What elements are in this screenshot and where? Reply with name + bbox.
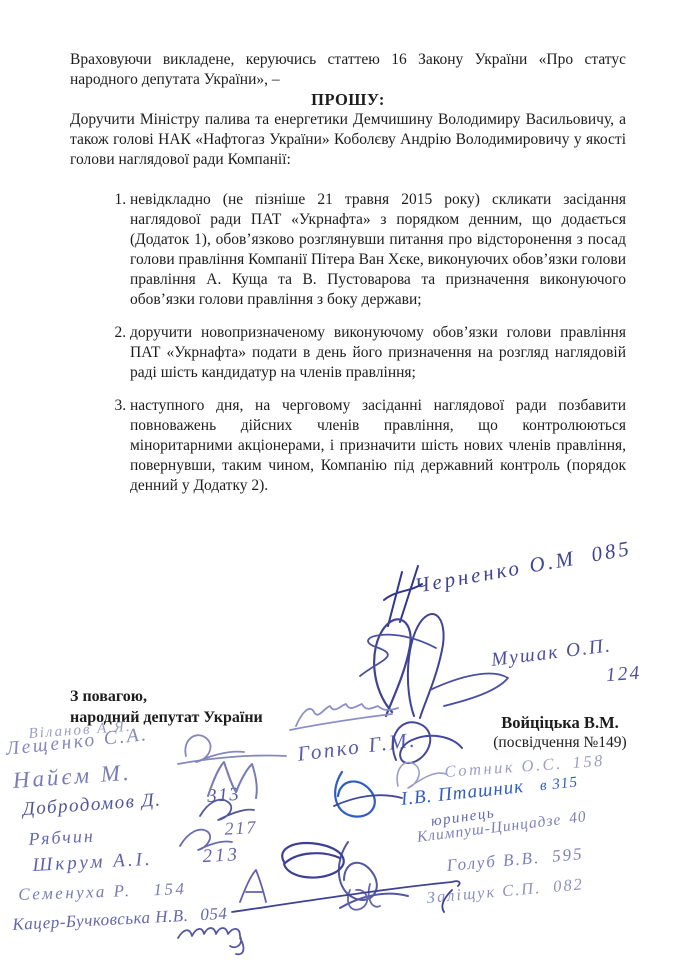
signer-block: Войціцька В.М. (посвідчення №149) <box>462 712 658 753</box>
document-body: Враховуючи викладене, керуючись статтею … <box>70 50 626 496</box>
request-list: невідкладно (не пізніше 21 травня 2015 р… <box>70 190 626 496</box>
signature-flourish <box>232 881 460 912</box>
intro-paragraph: Враховуючи викладене, керуючись статтею … <box>70 50 626 90</box>
signature-naiem: Найєм М. <box>12 760 133 794</box>
signature-flourish <box>240 870 266 902</box>
request-heading: ПРОШУ: <box>70 90 626 110</box>
signature-semenukha: Семенуха Р.154 <box>18 879 187 905</box>
request-item-2: доручити новопризначеному виконуючому об… <box>130 323 626 383</box>
signature-flourish <box>339 842 408 908</box>
signature-flourish <box>374 619 410 716</box>
signature-flourish <box>334 795 402 806</box>
signature-flourish <box>335 772 375 817</box>
scanned-document-page: Враховуючи викладене, керуючись статтею … <box>0 0 678 960</box>
instruction-paragraph: Доручити Міністру палива та енергетики Д… <box>70 110 626 170</box>
signer-name: Войціцька В.М. <box>462 712 658 733</box>
closing-respect: З повагою, <box>70 686 263 707</box>
signature-flourish <box>290 704 398 730</box>
signature-flourish <box>360 635 508 706</box>
signer-credential: (посвідчення №149) <box>462 733 658 753</box>
signature-zalishchuk: Заліщук С.П.082 <box>426 874 585 908</box>
request-item-3: наступного дня, на черговому засіданні н… <box>130 396 626 496</box>
signature-katser-buchkovska: Кацер-Бучковська Н.В.054 <box>12 904 228 935</box>
signature-flourish <box>408 614 444 718</box>
signature-mushak: Мушак О.П.124 <box>490 635 613 672</box>
signature-hopko: Гопко Г.М. <box>296 727 418 766</box>
signature-flourish <box>348 884 380 910</box>
signature-holub: Голуб В.В.595 <box>446 844 584 876</box>
request-item-1: невідкладно (не пізніше 21 травня 2015 р… <box>130 190 626 310</box>
signature-chernenko: Черненко О.М085 <box>413 536 634 599</box>
signature-flourish <box>178 735 286 764</box>
signature-flourish <box>282 843 344 878</box>
signature-shkrum: Шкрум А.І.213 <box>32 844 241 877</box>
signature-flourish <box>178 928 243 954</box>
